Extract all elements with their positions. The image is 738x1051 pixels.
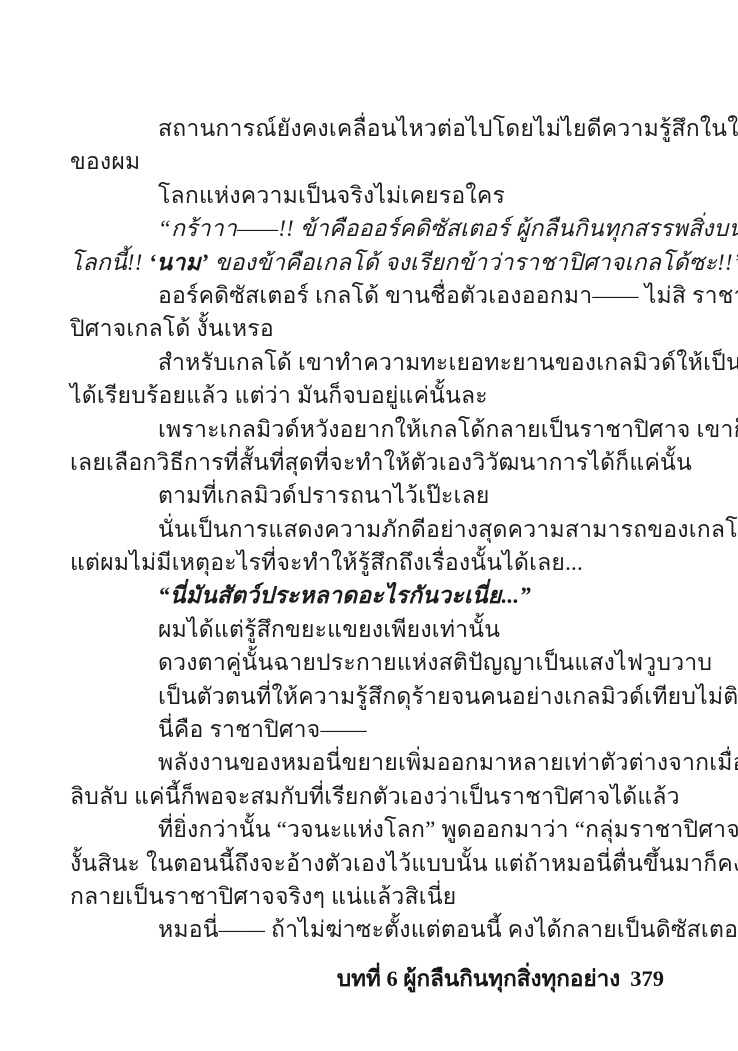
text-line-segment: ของข้าคือเกลโด้ จงเรียกข้าว่าราชาปิศาจเก… — [209, 250, 738, 275]
text-line: ออร์คดิซัสเตอร์ เกลโด้ ขานชื่อตัวเองออกม… — [70, 279, 666, 312]
book-page: สถานการณ์ยังคงเคลื่อนไหวต่อไปโดยไม่ไยดีค… — [0, 0, 738, 1051]
text-line-segment: โลกนี้!! — [70, 250, 149, 275]
text-line: งั้นสินะ ในตอนนี้ถึงจะอ้างตัวเองไว้แบบนั… — [70, 847, 666, 880]
text-line: สถานการณ์ยังคงเคลื่อนไหวต่อไปโดยไม่ไยดีค… — [70, 112, 666, 145]
text-line: กลายเป็นราชาปิศาจจริงๆ แน่แล้วสิเนี่ย — [70, 880, 666, 913]
body-text-block: สถานการณ์ยังคงเคลื่อนไหวต่อไปโดยไม่ไยดีค… — [70, 112, 666, 947]
text-line: ของผม — [70, 145, 666, 178]
text-line: หมอนี่—— ถ้าไม่ฆ่าซะตั้งแต่ตอนนี้ คงได้ก… — [70, 913, 666, 946]
text-line: ผมได้แต่รู้สึกขยะแขยงเพียงเท่านั้น — [70, 613, 666, 646]
text-line: เป็นตัวตนที่ให้ความรู้สึกดุร้ายจนคนอย่าง… — [70, 680, 666, 713]
text-line-segment-bold: ‘นาม’ — [149, 250, 209, 275]
footer-chapter-label: บทที่ 6 ผู้กลืนกินทุกสิ่งทุกอย่าง — [337, 966, 620, 991]
text-line: ปิศาจเกลโด้ งั้นเหรอ — [70, 312, 666, 345]
text-line-dialogue: “นี่มันสัตว์ประหลาดอะไรกันวะเนี่ย...” — [70, 579, 666, 612]
text-line: สำหรับเกลโด้ เขาทำความทะเยอทะยานของเกลมิ… — [70, 346, 666, 379]
text-line: นั่นเป็นการแสดงความภักดีอย่างสุดความสามา… — [70, 513, 666, 546]
text-line: ตามที่เกลมิวด์ปรารถนาไว้เป๊ะเลย — [70, 479, 666, 512]
text-line: ลิบลับ แค่นี้ก็พอจะสมกับที่เรียกตัวเองว่… — [70, 780, 666, 813]
text-line: เลยเลือกวิธีการที่สั้นที่สุดที่จะทำให้ตั… — [70, 446, 666, 479]
text-line: นี่คือ ราชาปิศาจ—— — [70, 713, 666, 746]
text-line: ได้เรียบร้อยแล้ว แต่ว่า มันก็จบอยู่แค่นั… — [70, 379, 666, 412]
text-line: ดวงตาคู่นั้นฉายประกายแห่งสติปัญญาเป็นแสง… — [70, 646, 666, 679]
text-line: พลังงานของหมอนี่ขยายเพิ่มออกมาหลายเท่าตั… — [70, 746, 666, 779]
footer-page-number: 379 — [630, 966, 664, 991]
text-line: เพราะเกลมิวด์หวังอยากให้เกลโด้กลายเป็นรา… — [70, 413, 666, 446]
footer: บทที่ 6 ผู้กลืนกินทุกสิ่งทุกอย่าง379 — [337, 960, 664, 996]
text-line: แต่ผมไม่มีเหตุอะไรที่จะทำให้รู้สึกถึงเรื… — [70, 546, 666, 579]
text-line: ที่ยิ่งกว่านั้น “วจนะแห่งโลก” พูดออกมาว่… — [70, 813, 666, 846]
text-line-dialogue: “กร้าาา——!! ข้าคือออร์คดิซัสเตอร์ ผู้กลื… — [70, 212, 666, 245]
text-line: โลกแห่งความเป็นจริงไม่เคยรอใคร — [70, 179, 666, 212]
text-line-dialogue: โลกนี้!! ‘นาม’ ของข้าคือเกลโด้ จงเรียกข้… — [70, 246, 666, 279]
